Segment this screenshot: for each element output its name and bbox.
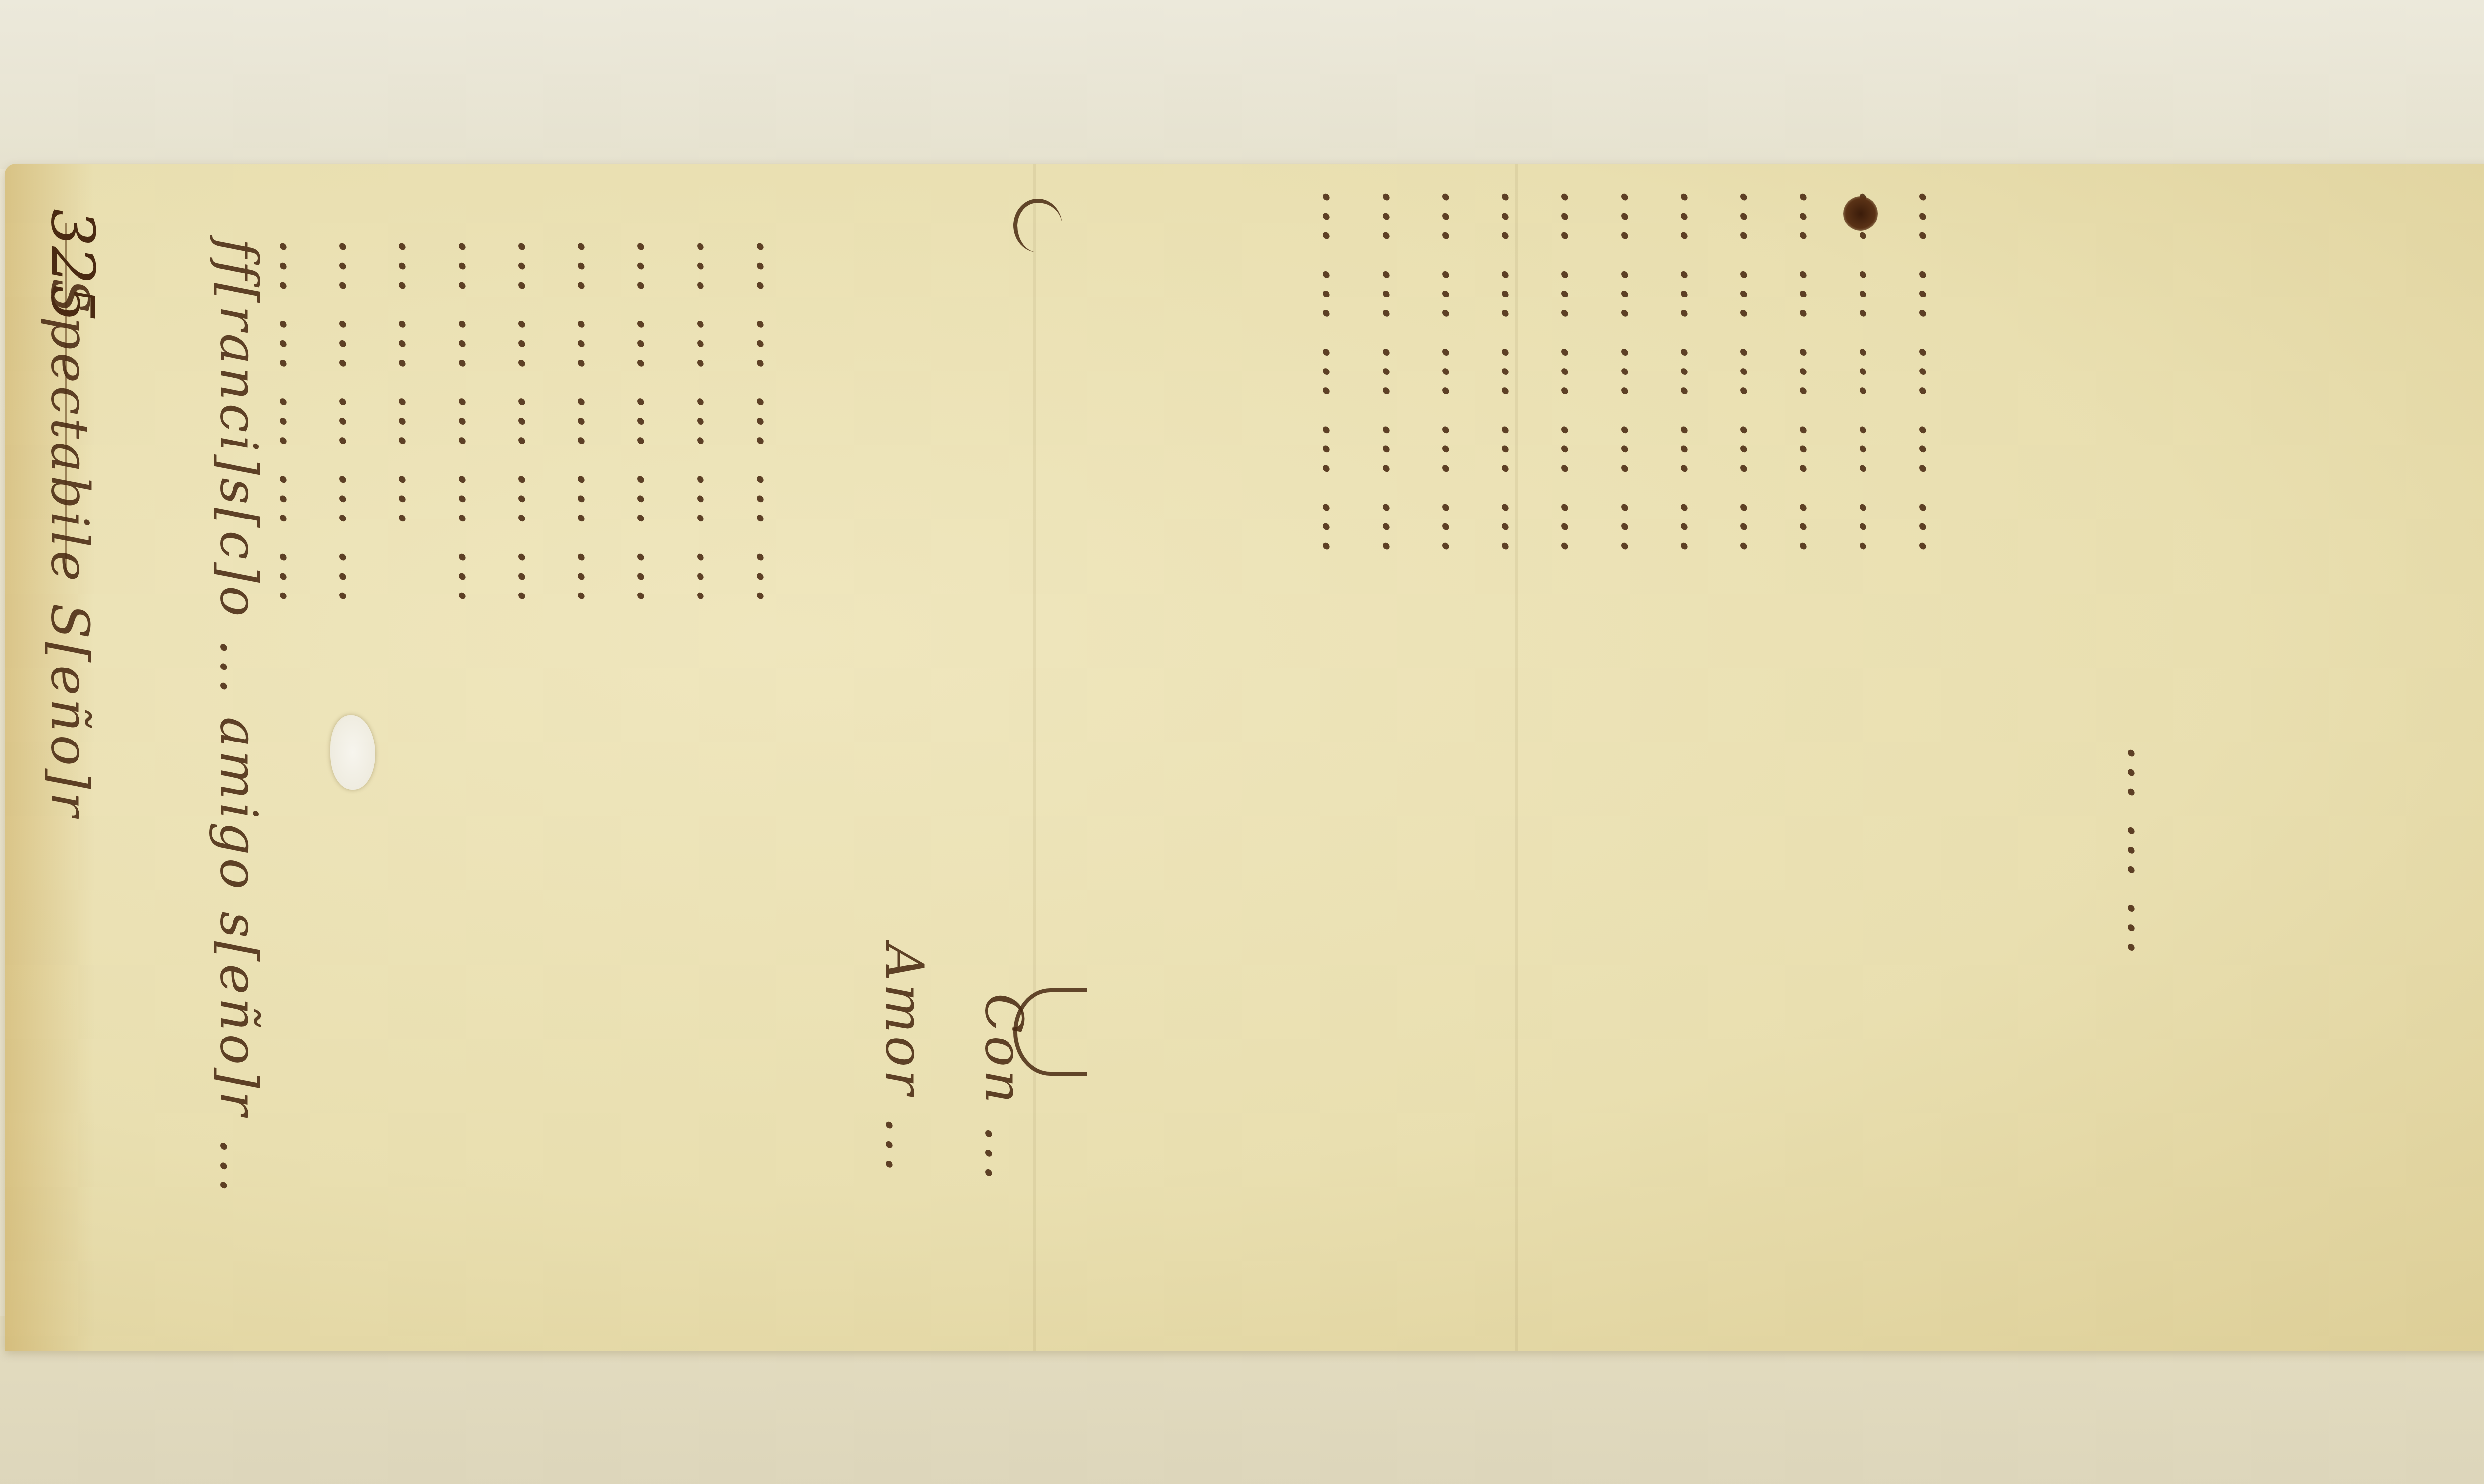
text-line: ... ... ... ... ... <box>1490 189 1550 557</box>
right-column-subscription: ... ... ... <box>2116 745 2176 959</box>
text-line: ... ... ... ... <box>388 238 447 1196</box>
text-line: ... ... ... ... ... <box>1550 189 1610 557</box>
text-line: ... ... ... ... ... <box>1788 189 1848 557</box>
text-line: ... ... ... ... ... <box>1669 189 1729 557</box>
signature-line: ... <box>2479 1003 2484 1061</box>
left-column-body: ... ... ... ... ... ... ... ... ... ... … <box>209 238 805 1196</box>
right-column-body: ... ... ... ... ... ... ... ... ... ... … <box>1312 189 1967 557</box>
closing-line: Amor ... <box>874 944 934 1175</box>
text-line: ... ... ... ... ... <box>1431 189 1490 557</box>
text-line: ... ... ... ... ... <box>1729 189 1788 557</box>
text-line: ... ... ... ... ... <box>1848 189 1908 557</box>
text-line: ... ... ... ... ... <box>626 238 686 1196</box>
left-column-closing: Amor ... <box>874 944 934 1175</box>
text-line: ... ... ... ... ... <box>566 238 626 1196</box>
ink-blot <box>1843 196 1878 231</box>
text-line: ... ... ... ... ... <box>1371 189 1431 557</box>
text-line: ff[ranci]s[c]o ... amigo s[eño]r ... <box>209 238 268 1196</box>
text-line: ... ... ... ... ... <box>1312 189 1371 557</box>
signature-flourish <box>1013 988 1087 1076</box>
heading-line: Spectabile S[eño]r <box>40 278 99 819</box>
text-line: ... ... ... ... ... <box>268 238 328 1196</box>
text-line: ... ... ... ... ... <box>447 238 507 1196</box>
text-line: ... ... ... ... ... <box>1908 189 1967 557</box>
text-line: ... ... ... ... ... <box>507 238 566 1196</box>
left-column-heading: Spectabile S[eño]r <box>40 278 99 819</box>
photo-backdrop-top <box>0 0 2484 169</box>
right-column-signature: ... <box>2479 1003 2484 1061</box>
margin-mark <box>1013 199 1062 252</box>
text-line: ... ... ... ... ... <box>686 238 745 1196</box>
text-line: ... ... ... ... ... <box>745 238 805 1196</box>
subscription-line: ... ... ... <box>2116 745 2176 959</box>
text-line: ... ... ... ... ... <box>1610 189 1669 557</box>
